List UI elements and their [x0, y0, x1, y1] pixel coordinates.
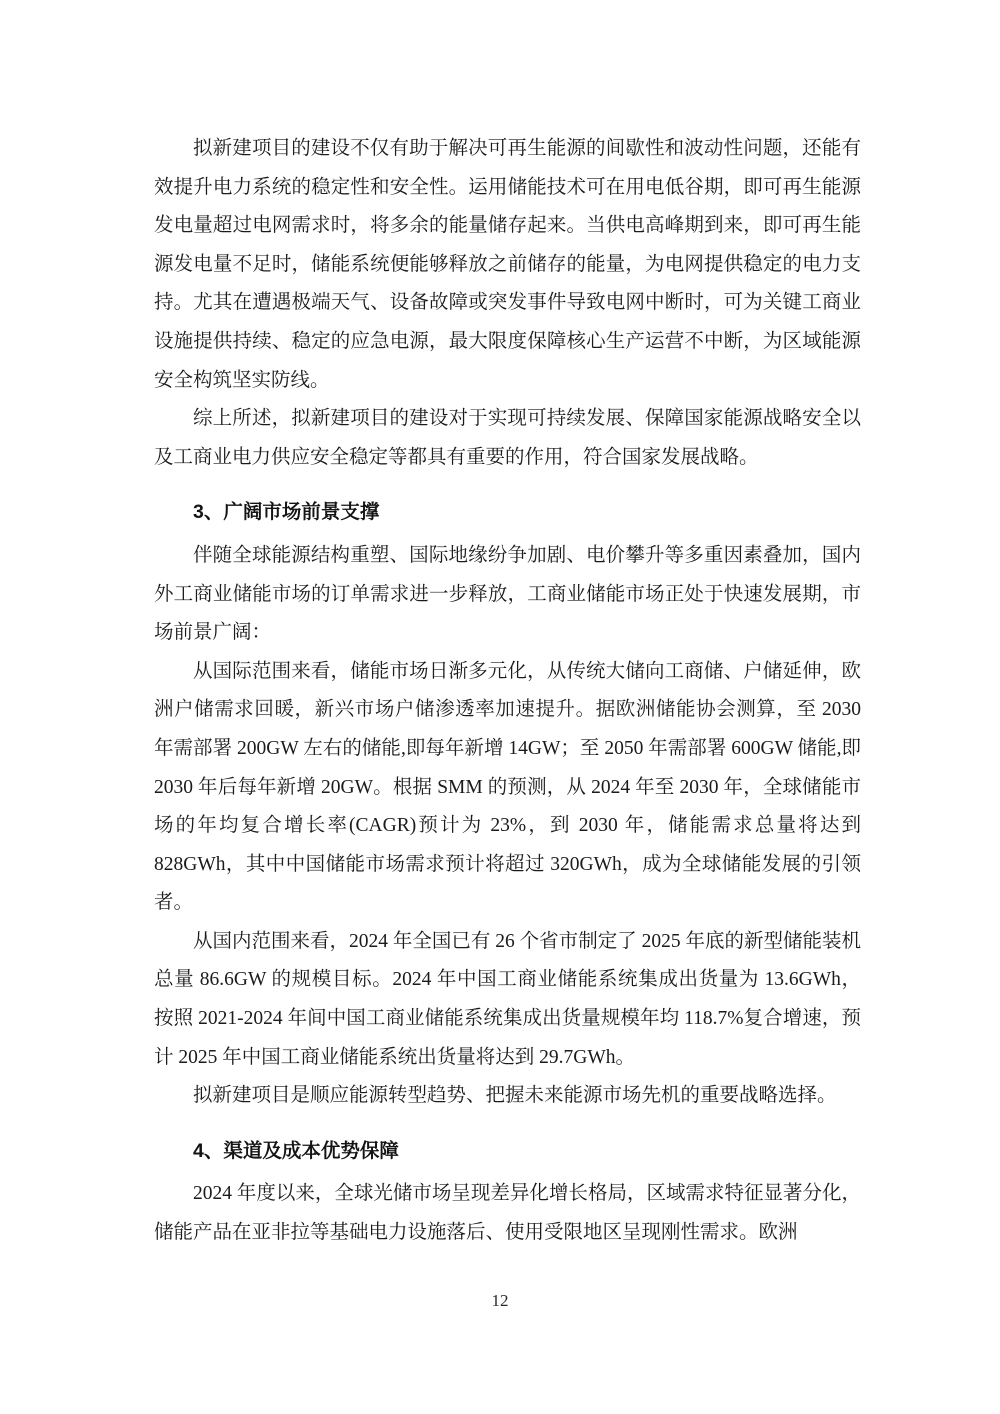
page-number: 12 — [0, 1291, 1000, 1311]
section-heading-channel-cost: 4、渠道及成本优势保障 — [154, 1132, 861, 1171]
paragraph-global-pv-storage: 2024 年度以来，全球光储市场呈现差异化增长格局，区域需求特征显著分化，储能产… — [154, 1175, 861, 1252]
paragraph-domestic-market: 从国内范围来看，2024 年全国已有 26 个省市制定了 2025 年底的新型储… — [154, 923, 861, 1077]
paragraph-international-market: 从国际范围来看，储能市场日渐多元化，从传统大储向工商储、户储延伸，欧洲户储需求回… — [154, 653, 861, 923]
document-body: 拟新建项目的建设不仅有助于解决可再生能源的间歇性和波动性问题，还能有效提升电力系… — [154, 130, 861, 1253]
document-page: 拟新建项目的建设不仅有助于解决可再生能源的间歇性和波动性问题，还能有效提升电力系… — [0, 0, 1000, 1414]
section-heading-market-outlook: 3、广阔市场前景支撑 — [154, 493, 861, 532]
paragraph-market-intro: 伴随全球能源结构重塑、国际地缘纷争加剧、电价攀升等多重因素叠加，国内外工商业储能… — [154, 537, 861, 653]
paragraph-strategic-choice: 拟新建项目是顺应能源转型趋势、把握未来能源市场先机的重要战略选择。 — [154, 1077, 861, 1116]
paragraph-summary: 综上所述，拟新建项目的建设对于实现可持续发展、保障国家能源战略安全以及工商业电力… — [154, 400, 861, 477]
paragraph-project-benefits: 拟新建项目的建设不仅有助于解决可再生能源的间歇性和波动性问题，还能有效提升电力系… — [154, 130, 861, 400]
